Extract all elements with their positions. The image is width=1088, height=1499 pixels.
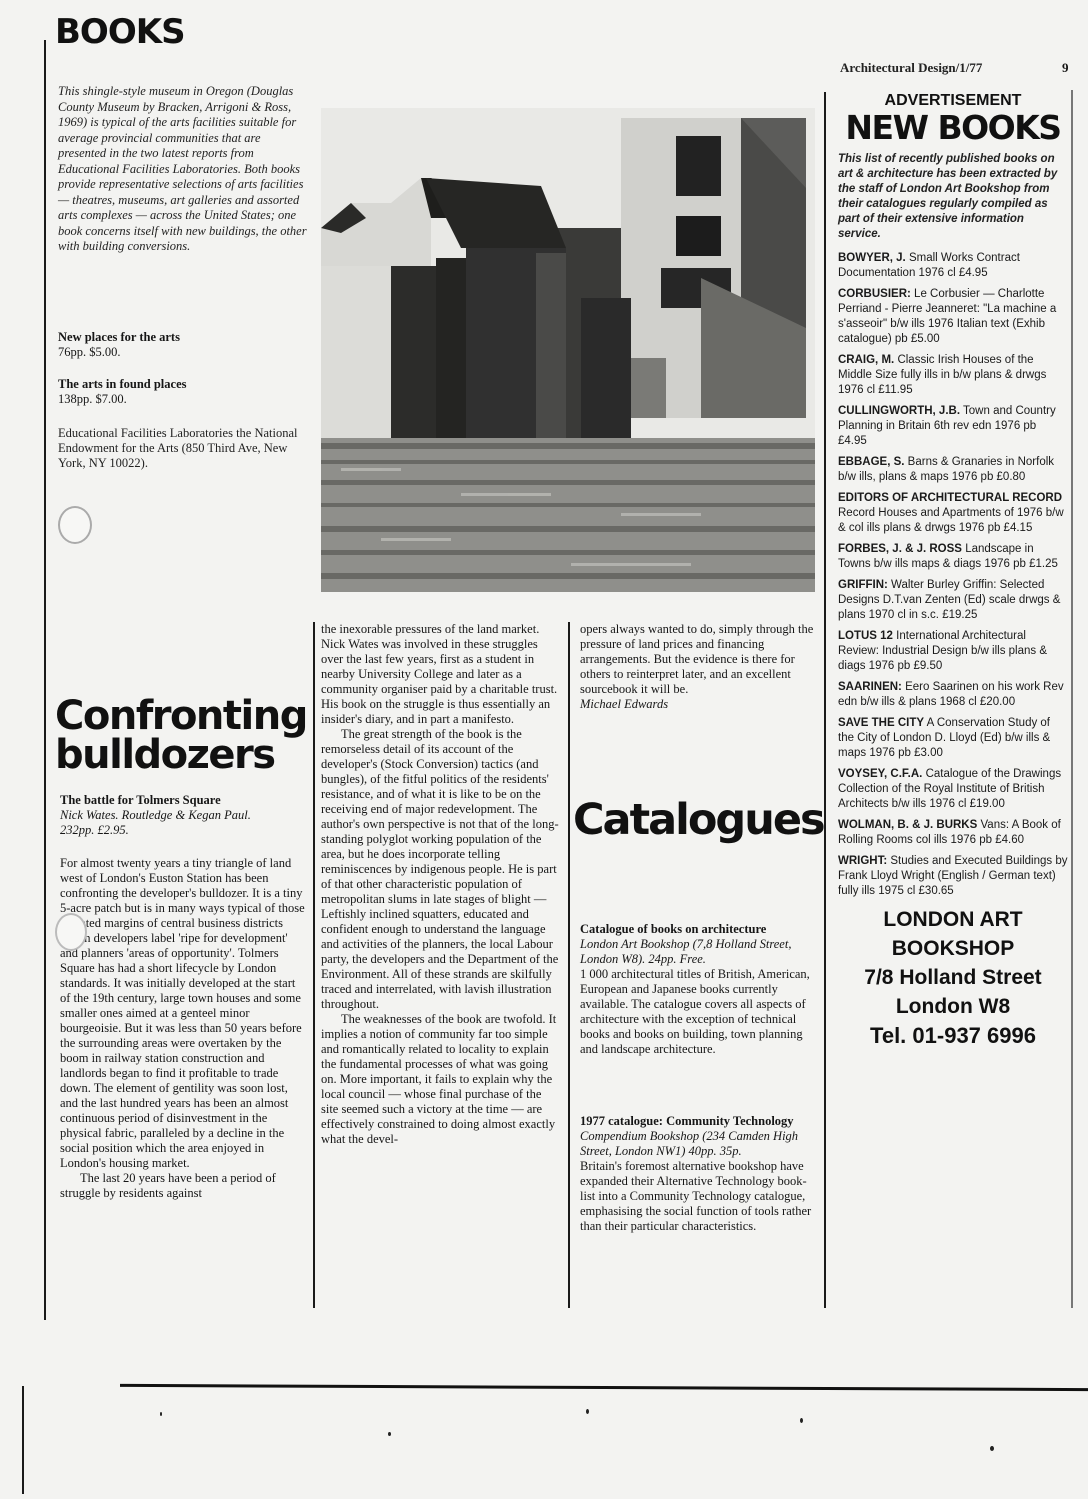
shop-name-line2: BOOKSHOP <box>838 934 1068 963</box>
paper-speck <box>586 1409 589 1414</box>
catalogue-publisher: Compendium Bookshop (234 Camden High Str… <box>580 1129 818 1159</box>
shop-address-line2: London W8 <box>838 992 1068 1021</box>
ad-book-author: CRAIG, M. <box>838 354 894 366</box>
review-headline-line2: bulldozers <box>55 736 307 775</box>
ad-book-item: LOTUS 12 International Architectural Rev… <box>838 629 1068 674</box>
ad-book-item: EDITORS OF ARCHITECTURAL RECORD Record H… <box>838 491 1068 536</box>
page-number: 9 <box>1062 60 1069 76</box>
section-title-books: BOOKS <box>55 12 185 52</box>
review-paragraph: the inexorable pressures of the land mar… <box>321 622 561 727</box>
running-head: Architectural Design/1/77 <box>840 60 982 76</box>
review-paragraph: The last 20 years have been a period of … <box>60 1171 308 1201</box>
ad-book-item: GRIFFIN: Walter Burley Griffin: Selected… <box>838 578 1068 623</box>
shop-telephone: Tel. 01-937 6996 <box>838 1021 1068 1050</box>
catalogue-body: 1 000 architectural titles of British, A… <box>580 967 810 1056</box>
book-details: 76pp. $5.00. <box>58 345 121 359</box>
catalogue-title: 1977 catalogue: Community Technology <box>580 1114 818 1129</box>
review-paragraph: The great strength of the book is the re… <box>321 727 561 1012</box>
ad-book-author: WOLMAN, B. & J. BURKS <box>838 819 977 831</box>
review-paragraph: The weaknesses of the book are twofold. … <box>321 1012 561 1147</box>
ad-book-item: CORBUSIER: Le Corbusier — Charlotte Perr… <box>838 287 1068 347</box>
review-book-info: The battle for Tolmers Square Nick Wates… <box>60 793 310 838</box>
ad-book-item: CULLINGWORTH, J.B. Town and Country Plan… <box>838 404 1068 449</box>
review-column-3: opers always wanted to do, simply throug… <box>580 622 818 712</box>
ad-book-author: SAVE THE CITY <box>838 717 924 729</box>
review-paragraph: opers always wanted to do, simply throug… <box>580 622 818 697</box>
publisher-info: Educational Facilities Laboratories the … <box>58 426 298 471</box>
punch-hole <box>55 913 87 951</box>
museum-photo <box>321 108 815 592</box>
ad-book-author: WRIGHT: <box>838 855 887 867</box>
review-column-1: For almost twenty years a tiny triangle … <box>60 856 308 1201</box>
catalogue-body: Britain's foremost alternative bookshop … <box>580 1159 811 1233</box>
bottom-edge-rule <box>120 1384 1088 1391</box>
shop-name-line1: LONDON ART <box>838 905 1068 934</box>
bottom-left-rule <box>22 1386 24 1494</box>
ad-book-item: SAVE THE CITY A Conservation Study of th… <box>838 716 1068 761</box>
review-column-2: the inexorable pressures of the land mar… <box>321 622 561 1147</box>
ad-title: NEW BOOKS <box>838 110 1068 146</box>
book-title: The arts in found places <box>58 377 308 392</box>
ad-book-author: FORBES, J. & J. ROSS <box>838 543 962 555</box>
ad-book-author: SAARINEN: <box>838 681 902 693</box>
punch-hole <box>58 506 92 544</box>
paper-speck <box>160 1412 162 1416</box>
paper-speck <box>990 1446 994 1451</box>
museum-photo-image <box>321 108 815 592</box>
advertisement: ADVERTISEMENT NEW BOOKS This list of rec… <box>838 92 1068 1050</box>
catalogue-title: Catalogue of books on architecture <box>580 922 818 937</box>
ad-book-author: VOYSEY, C.F.A. <box>838 768 922 780</box>
ad-book-item: FORBES, J. & J. ROSS Landscape in Towns … <box>838 542 1068 572</box>
review-signature: Michael Edwards <box>580 697 818 712</box>
ad-book-author: GRIFFIN: <box>838 579 888 591</box>
paper-speck <box>388 1432 391 1436</box>
book-entry: New places for the arts 76pp. $5.00. <box>58 330 308 360</box>
book-details: 138pp. $7.00. <box>58 392 127 406</box>
ad-book-item: WRIGHT: Studies and Executed Buildings b… <box>838 854 1068 899</box>
ad-book-author: BOWYER, J. <box>838 252 906 264</box>
shop-address-line1: 7/8 Holland Street <box>838 963 1068 992</box>
ad-book-author: CULLINGWORTH, J.B. <box>838 405 960 417</box>
shop-contact-block: LONDON ART BOOKSHOP 7/8 Holland Street L… <box>838 905 1068 1050</box>
review-headline: Confronting bulldozers <box>55 697 307 775</box>
catalogue-entry: 1977 catalogue: Community Technology Com… <box>580 1114 818 1234</box>
book-title: New places for the arts <box>58 330 308 345</box>
book-entry: The arts in found places 138pp. $7.00. <box>58 377 308 407</box>
ad-intro: This list of recently published books on… <box>838 152 1068 242</box>
ad-book-item: WOLMAN, B. & J. BURKS Vans: A Book of Ro… <box>838 818 1068 848</box>
left-margin-rule <box>44 40 46 1320</box>
ad-book-author: EDITORS OF ARCHITECTURAL RECORD <box>838 492 1062 504</box>
magazine-page: BOOKS This shingle-style museum in Orego… <box>0 0 1088 1499</box>
ad-right-rule <box>1071 90 1073 1308</box>
paper-speck <box>800 1418 803 1423</box>
col2-rule <box>313 622 315 1308</box>
review-book-title: The battle for Tolmers Square <box>60 793 310 808</box>
review-book-author: Nick Wates. Routledge & Kegan Paul. <box>60 808 310 823</box>
col3-rule <box>568 622 570 1308</box>
ad-book-author: CORBUSIER: <box>838 288 911 300</box>
ad-book-author: EBBAGE, S. <box>838 456 904 468</box>
ad-book-item: CRAIG, M. Classic Irish Houses of the Mi… <box>838 353 1068 398</box>
catalogue-publisher: London Art Bookshop (7,8 Holland Street,… <box>580 937 818 967</box>
ad-book-list: BOWYER, J. Small Works Contract Document… <box>838 251 1068 899</box>
review-headline-line1: Confronting <box>55 697 307 736</box>
ad-book-item: EBBAGE, S. Barns & Granaries in Norfolk … <box>838 455 1068 485</box>
review-paragraph: For almost twenty years a tiny triangle … <box>60 856 308 1171</box>
catalogue-entry: Catalogue of books on architecture Londo… <box>580 922 818 1057</box>
ad-book-item: VOYSEY, C.F.A. Catalogue of the Drawings… <box>838 767 1068 812</box>
ad-book-text: Record Houses and Apartments of 1976 b/w… <box>838 507 1064 534</box>
ad-book-item: SAARINEN: Eero Saarinen on his work Rev … <box>838 680 1068 710</box>
ad-left-rule <box>824 92 826 1308</box>
photo-caption: This shingle-style museum in Oregon (Dou… <box>58 84 308 255</box>
ad-book-author: LOTUS 12 <box>838 630 893 642</box>
review-book-details: 232pp. £2.95. <box>60 823 310 838</box>
ad-book-item: BOWYER, J. Small Works Contract Document… <box>838 251 1068 281</box>
catalogues-headline: Catalogues <box>573 795 824 845</box>
